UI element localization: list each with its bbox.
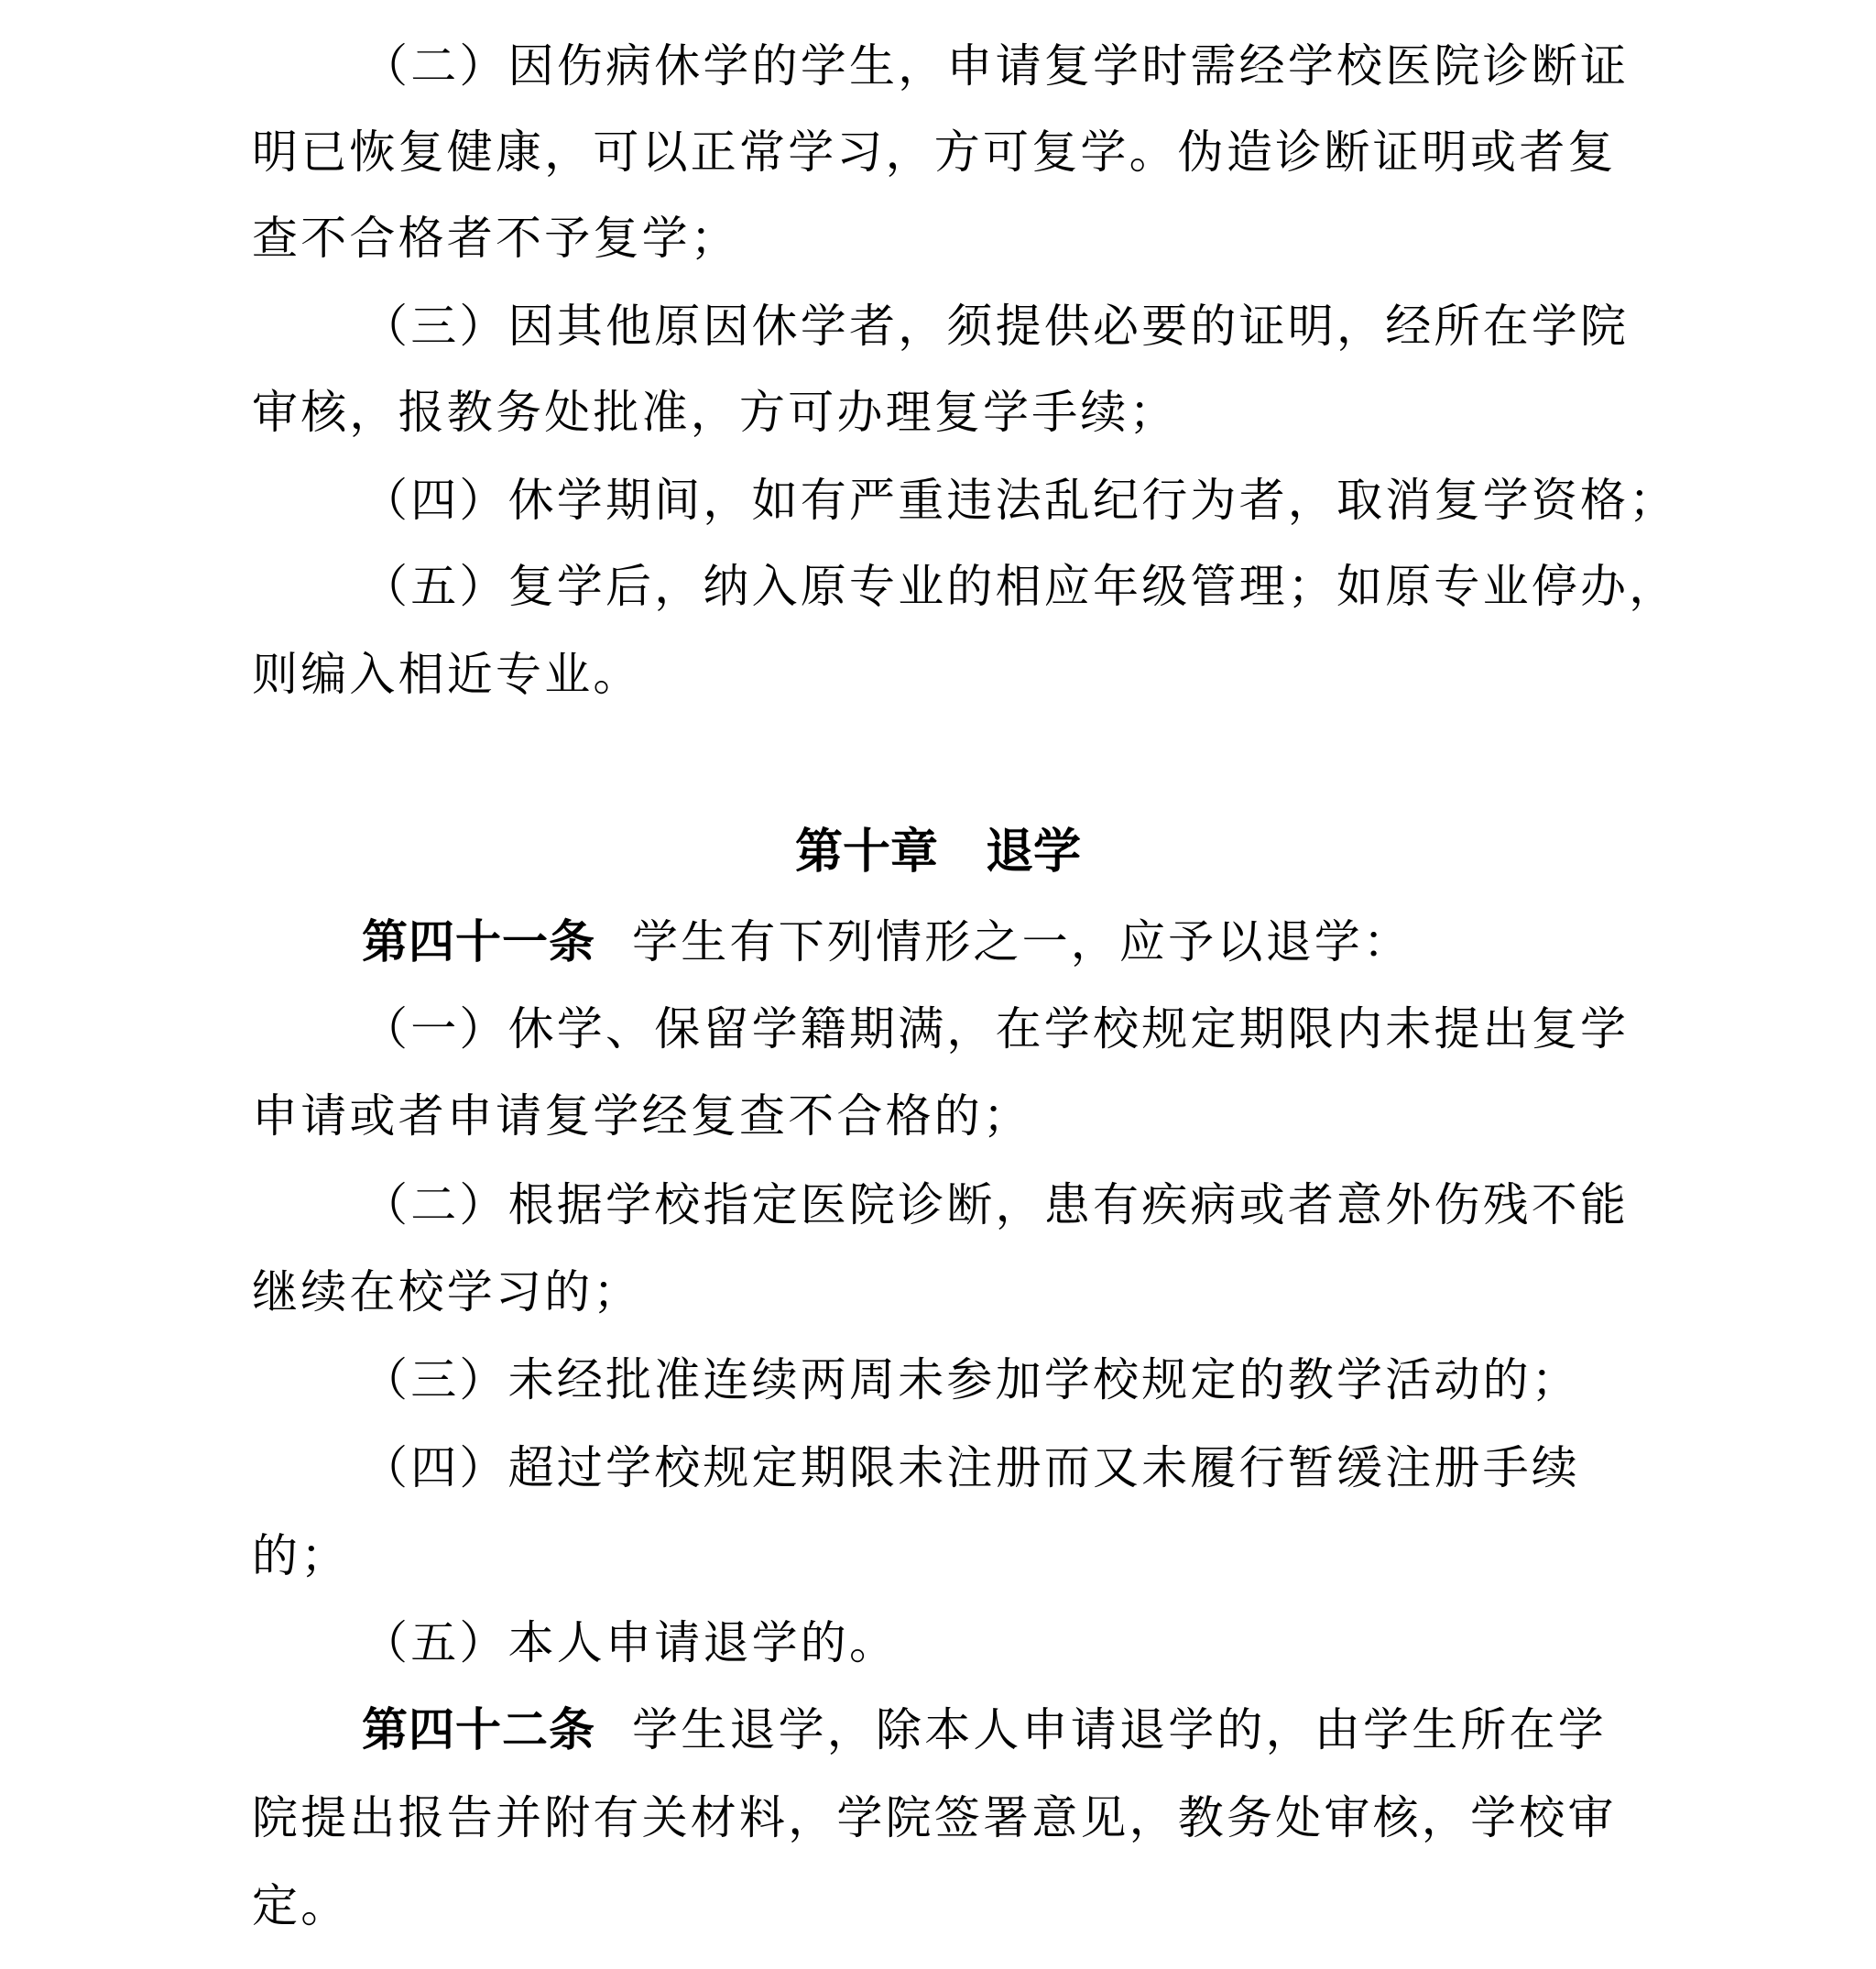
paragraph-line: （二）因伤病休学的学生，申请复学时需经学校医院诊断证 bbox=[362, 38, 1635, 93]
paragraph-line: 院提出报告并附有关材料，学院签署意见，教务处审核，学校审 bbox=[252, 1790, 1635, 1845]
paragraph-line: （五）本人申请退学的。 bbox=[362, 1615, 1635, 1670]
paragraph-line: （四）休学期间，如有严重违法乱纪行为者，取消复学资格； bbox=[362, 473, 1635, 528]
paragraph-line: 申请或者申请复学经复查不合格的； bbox=[252, 1088, 1635, 1143]
paragraph-line: 则编入相近专业。 bbox=[252, 647, 1635, 702]
paragraph-line: 明已恢复健康，可以正常学习，方可复学。伪造诊断证明或者复 bbox=[252, 125, 1635, 180]
article-text: 学生有下列情形之一，应予以退学： bbox=[632, 915, 1412, 968]
paragraph-line: 的； bbox=[252, 1528, 1635, 1583]
paragraph-line: 查不合格者不予复学； bbox=[252, 211, 1635, 266]
paragraph-line: （五）复学后，纳入原专业的相应年级管理；如原专业停办， bbox=[362, 559, 1635, 614]
paragraph-line: （一）休学、保留学籍期满，在学校规定期限内未提出复学 bbox=[362, 1001, 1635, 1056]
article-42-intro: 第四十二条学生退学，除本人申请退学的，由学生所在学 bbox=[362, 1702, 1635, 1757]
article-text: 学生退学，除本人申请退学的，由学生所在学 bbox=[632, 1703, 1607, 1756]
paragraph-line: 定。 bbox=[252, 1878, 1635, 1933]
article-label: 第四十一条 bbox=[362, 915, 595, 968]
paragraph-line: （四）超过学校规定期限未注册而又未履行暂缓注册手续 bbox=[362, 1440, 1635, 1495]
paragraph-line: 审核，报教务处批准，方可办理复学手续； bbox=[252, 385, 1635, 440]
paragraph-line: （三）未经批准连续两周未参加学校规定的教学活动的； bbox=[362, 1352, 1635, 1407]
paragraph-line: 继续在校学习的； bbox=[252, 1264, 1635, 1319]
article-41-intro: 第四十一条学生有下列情形之一，应予以退学： bbox=[362, 914, 1635, 969]
paragraph-line: （三）因其他原因休学者，须提供必要的证明，经所在学院 bbox=[362, 299, 1635, 354]
paragraph-line: （二）根据学校指定医院诊断，患有疾病或者意外伤残不能 bbox=[362, 1177, 1635, 1232]
article-label: 第四十二条 bbox=[362, 1703, 595, 1756]
chapter-heading: 第十章 退学 bbox=[0, 825, 1876, 880]
